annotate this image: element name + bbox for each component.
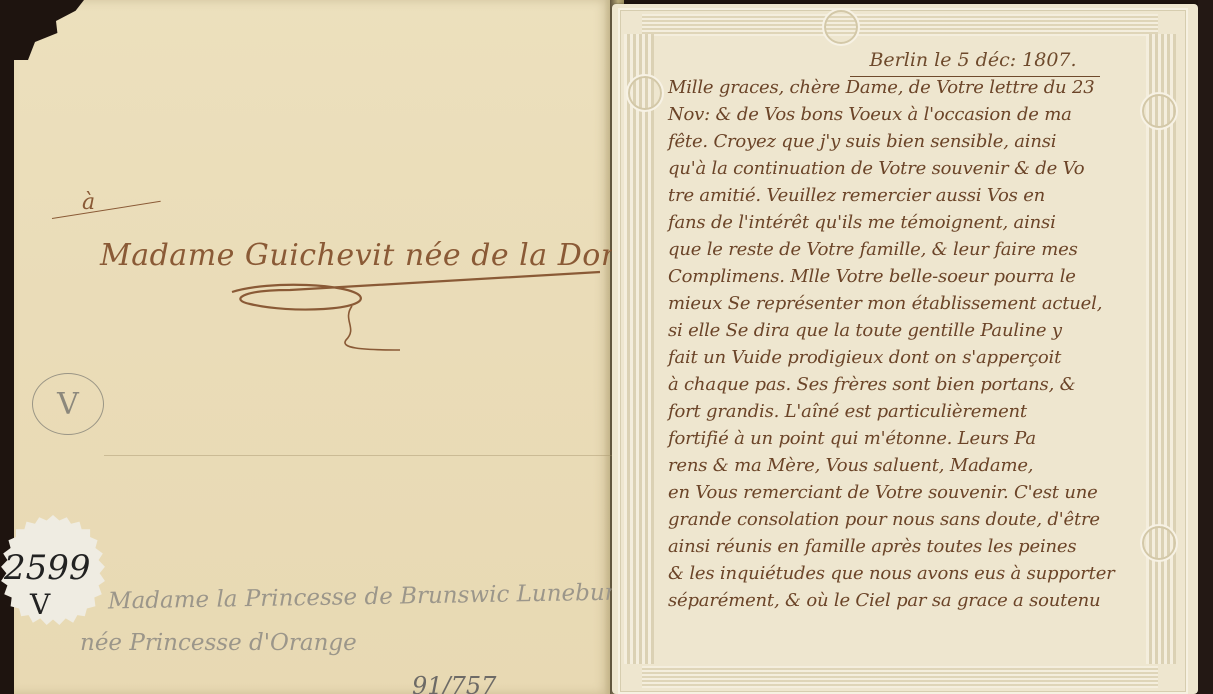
letter-line: fête. Croyez que j'y suis bien sensible,… (668, 128, 1158, 155)
flourish-icon (230, 270, 610, 360)
archive-label-roman: V (30, 588, 50, 621)
scan-background-edge (1198, 0, 1213, 694)
fold-line (104, 455, 624, 456)
letter-line: mieux Se représenter mon établissement a… (668, 290, 1158, 317)
letter-body: Berlin le 5 déc: 1807. Mille graces, chè… (668, 46, 1158, 614)
embossed-knot-icon (626, 74, 664, 112)
pencil-note-line-2: née Princesse d'Orange (80, 630, 357, 656)
letter-line: qu'à la continuation de Votre souvenir &… (668, 155, 1158, 182)
left-page-address-leaf: à Madame Guichevit née de la Doriège V M… (14, 0, 610, 694)
right-page-letter-sheet: Berlin le 5 déc: 1807. Mille graces, chè… (612, 4, 1198, 694)
letter-line: fans de l'intérêt qu'ils me témoignent, … (668, 209, 1158, 236)
letter-line: si elle Se dira que la toute gentille Pa… (668, 317, 1158, 344)
letter-date: Berlin le 5 déc: 1807. (668, 46, 1158, 74)
date-underline (850, 76, 1100, 77)
letter-line: grande consolation pour nous sans doute,… (668, 506, 1158, 533)
torn-corner (14, 0, 84, 60)
letter-line: Complimens. Mlle Votre belle-soeur pourr… (668, 263, 1158, 290)
address-prefix-underline (52, 201, 161, 219)
letter-line: à chaque pas. Ses frères sont bien porta… (668, 371, 1158, 398)
roman-numeral-stamp: V (32, 373, 104, 435)
pencil-note-line-1: Madame la Princesse de Brunswic Luneburg (108, 579, 631, 614)
shelfmark: 91/757 (412, 672, 496, 694)
letter-line: que le reste de Votre famille, & leur fa… (668, 236, 1158, 263)
letter-line: Nov: & de Vos bons Voeux à l'occasion de… (668, 101, 1158, 128)
letter-line: tre amitié. Veuillez remercier aussi Vos… (668, 182, 1158, 209)
embossed-strip-top (642, 14, 1158, 36)
embossed-knot-icon (822, 8, 860, 46)
letter-line: fait un Vuide prodigieux dont on s'apper… (668, 344, 1158, 371)
address-recipient: Madame Guichevit née de la Doriège (100, 238, 682, 273)
archive-label-number: 2599 (4, 548, 91, 588)
letter-line: fort grandis. L'aîné est particulièremen… (668, 398, 1158, 425)
letter-line: séparément, & où le Ciel par sa grace a … (668, 587, 1158, 614)
manuscript-scan: à Madame Guichevit née de la Doriège V M… (0, 0, 1213, 694)
letter-line: & les inquiétudes que nous avons eus à s… (668, 560, 1158, 587)
embossed-strip-bottom (642, 666, 1158, 688)
letter-line: rens & ma Mère, Vous saluent, Madame, (668, 452, 1158, 479)
embossed-strip-left (624, 34, 654, 664)
letter-line: fortifié à un point qui m'étonne. Leurs … (668, 425, 1158, 452)
letter-line: en Vous remerciant de Votre souvenir. C'… (668, 479, 1158, 506)
letter-line: Mille graces, chère Dame, de Votre lettr… (668, 74, 1158, 101)
letter-line: ainsi réunis en famille après toutes les… (668, 533, 1158, 560)
